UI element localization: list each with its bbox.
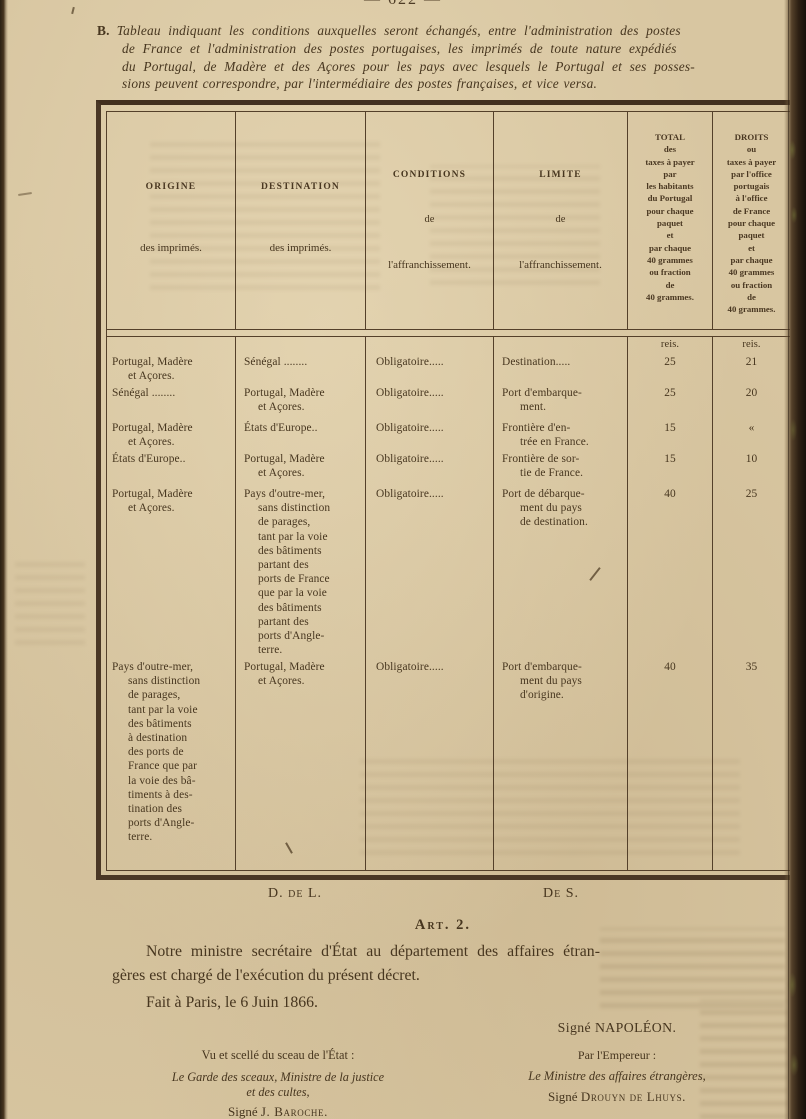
- header-line: de: [747, 291, 756, 303]
- cell-li: Frontière de sor-tie de France.: [494, 450, 628, 485]
- intro-paragraph: B.Tableau indiquant les conditions auxqu…: [97, 22, 803, 93]
- header-line: ou fraction: [731, 279, 772, 291]
- header-line: et: [748, 242, 755, 254]
- header-line: de: [425, 214, 435, 225]
- cell-or: Sénégal ........: [107, 384, 236, 419]
- header-line: de: [556, 214, 566, 225]
- document-page: — 622 — B.Tableau indiquant les conditio…: [0, 0, 806, 1119]
- intro-line: du Portugal, de Madère et des Açores pou…: [97, 58, 803, 76]
- column-header-destination: DESTINATION des imprimés.: [236, 112, 366, 329]
- header-line: par: [663, 168, 676, 180]
- cell-dr: 20: [713, 384, 790, 419]
- keeper-title: Le Garde des sceaux, Ministre de la just…: [128, 1070, 428, 1085]
- header-line: du Portugal: [648, 192, 693, 204]
- signature-block-emperor: Signé NAPOLÉON. Par l'Empereur : Le Mini…: [472, 1020, 762, 1105]
- cell-to: 40: [628, 658, 713, 870]
- cell-to: 25: [628, 353, 713, 384]
- header-line: paquet: [739, 229, 765, 241]
- header-line: taxes à payer: [727, 156, 776, 168]
- cell-de: États d'Europe..: [236, 419, 366, 450]
- cell-or: Portugal, Madèreet Açores.: [107, 485, 236, 658]
- page-edge-left: [0, 0, 8, 1119]
- header-line: taxes à payer: [645, 156, 694, 168]
- header-line: par l'office: [731, 168, 772, 180]
- header-line: par chaque: [730, 254, 772, 266]
- cell-co: Obligatoire.....: [366, 419, 494, 450]
- header-line: de France: [733, 205, 770, 217]
- header-line: pour chaque: [728, 217, 775, 229]
- by-the-emperor-line: Par l'Empereur :: [472, 1048, 762, 1063]
- cell-dr: reis.: [713, 337, 790, 353]
- cell-or: Pays d'outre-mer,sans distinctionde para…: [107, 658, 236, 870]
- cell-li: [494, 337, 628, 353]
- cell-li: Port d'embarque-ment du paysd'origine.: [494, 658, 628, 870]
- cell-co: Obligatoire.....: [366, 485, 494, 658]
- header-line: de: [666, 279, 675, 291]
- cell-li: Frontière d'en-trée en France.: [494, 419, 628, 450]
- article-dateline: Fait à Paris, le 6 Juin 1866.: [112, 991, 776, 1015]
- header-line: 40 grammes: [647, 254, 693, 266]
- header-line: l'affranchissement.: [388, 259, 471, 271]
- intro-line: B.Tableau indiquant les conditions auxqu…: [97, 22, 803, 40]
- cell-dr: 10: [713, 450, 790, 485]
- header-line: ou fraction: [649, 266, 690, 278]
- column-header-droits: DROITSoutaxes à payerpar l'officeportuga…: [713, 112, 790, 329]
- table-row: Sénégal ........Portugal, Madèreet Açore…: [107, 384, 790, 419]
- header-line: TOTAL: [655, 131, 685, 143]
- article-body: Notre ministre secrétaire d'État au dépa…: [112, 940, 776, 1015]
- cell-to: 15: [628, 419, 713, 450]
- article-heading: Art. 2.: [96, 917, 790, 934]
- cell-de: Portugal, Madèreet Açores.: [236, 658, 366, 870]
- header-line: LIMITE: [539, 170, 582, 180]
- bleedthrough-artifact: [15, 555, 85, 645]
- column-header-origine: ORIGINE des imprimés.: [107, 112, 236, 329]
- intro-line: sions peuvent correspondre, par l'interm…: [97, 75, 803, 93]
- cell-co: [366, 337, 494, 353]
- cell-or: [107, 337, 236, 353]
- cell-de: Portugal, Madèreet Açores.: [236, 450, 366, 485]
- cell-dr: 25: [713, 485, 790, 658]
- cell-de: Sénégal ........: [236, 353, 366, 384]
- initial-right: De S.: [543, 886, 579, 902]
- cell-co: Obligatoire.....: [366, 384, 494, 419]
- header-line: 40 grammes: [729, 266, 775, 278]
- header-line: 40 grammes.: [646, 291, 694, 303]
- cell-or: États d'Europe..: [107, 450, 236, 485]
- article-line: gères est chargé de l'exécution du prése…: [112, 964, 776, 988]
- header-line: 40 grammes.: [728, 303, 776, 315]
- cell-to: 25: [628, 384, 713, 419]
- column-header-conditions: CONDITIONSdel'affranchissement.: [366, 112, 494, 329]
- minister-title: Le Ministre des affaires étrangères,: [472, 1069, 762, 1084]
- header-line: des: [664, 143, 676, 155]
- initial-left: D. de L.: [268, 886, 322, 902]
- cell-dr: «: [713, 419, 790, 450]
- cell-de: [236, 337, 366, 353]
- header-line: à l'office: [736, 192, 768, 204]
- scan-mark: [18, 192, 32, 196]
- cell-dr: 21: [713, 353, 790, 384]
- header-line: par chaque: [649, 242, 691, 254]
- header-line: pour chaque: [646, 205, 693, 217]
- header-line: ou: [747, 143, 756, 155]
- signature-baroche: Signé J. Baroche.: [128, 1104, 428, 1119]
- header-line: CONDITIONS: [393, 170, 466, 180]
- column-header-limite: LIMITEdel'affranchissement.: [494, 112, 628, 329]
- header-line: l'affranchissement.: [519, 259, 602, 271]
- column-header-total: TOTALdestaxes à payerparles habitantsdu …: [628, 112, 713, 329]
- cell-to: 40: [628, 485, 713, 658]
- keeper-title: et des cultes,: [128, 1085, 428, 1100]
- cell-co: Obligatoire.....: [366, 450, 494, 485]
- header-line: et: [667, 229, 674, 241]
- cell-li: Destination.....: [494, 353, 628, 384]
- header-separator: [107, 329, 790, 337]
- cell-co: Obligatoire.....: [366, 658, 494, 870]
- cell-or: Portugal, Madèreet Açores.: [107, 353, 236, 384]
- table-row: Portugal, Madèreet Açores.États d'Europe…: [107, 419, 790, 450]
- table-header-row: ORIGINE des imprimés. DESTINATION des im…: [107, 112, 790, 329]
- unit-row: reis.reis.: [107, 337, 790, 353]
- header-line: paquet: [657, 217, 683, 229]
- cell-dr: 35: [713, 658, 790, 870]
- header-line: DROITS: [735, 131, 769, 143]
- table-row: Portugal, Madèreet Açores.Pays d'outre-m…: [107, 485, 790, 658]
- signature-napoleon: Signé NAPOLÉON.: [472, 1020, 762, 1036]
- cell-or: Portugal, Madèreet Açores.: [107, 419, 236, 450]
- table-row: Portugal, Madèreet Açores.Sénégal ......…: [107, 353, 790, 384]
- table-row: Pays d'outre-mer,sans distinctionde para…: [107, 658, 790, 870]
- spine-line: [788, 0, 789, 1119]
- table-body: reis.reis.Portugal, Madèreet Açores.Séné…: [107, 337, 790, 870]
- cell-li: Port de débarque-ment du paysde destinat…: [494, 485, 628, 658]
- header-line: les habitants: [646, 180, 693, 192]
- cell-de: Pays d'outre-mer,sans distinctionde para…: [236, 485, 366, 658]
- seal-line: Vu et scellé du sceau de l'État :: [128, 1048, 428, 1063]
- signature-block-seal: Vu et scellé du sceau de l'État : Le Gar…: [128, 1048, 428, 1119]
- cell-co: Obligatoire.....: [366, 353, 494, 384]
- cell-to: 15: [628, 450, 713, 485]
- article-line: Notre ministre secrétaire d'État au dépa…: [112, 940, 776, 964]
- conditions-table: ORIGINE des imprimés. DESTINATION des im…: [96, 100, 790, 880]
- signature-drouyn: Signé Drouyn de Lhuys.: [472, 1089, 762, 1105]
- intro-line: de France et l'administration des postes…: [97, 40, 803, 58]
- header-line: portugais: [734, 180, 770, 192]
- page-number: — 622 —: [0, 0, 806, 9]
- cell-de: Portugal, Madèreet Açores.: [236, 384, 366, 419]
- table-row: États d'Europe..Portugal, Madèreet Açore…: [107, 450, 790, 485]
- cell-li: Port d'embarque-ment.: [494, 384, 628, 419]
- paragraph-label: B.: [97, 23, 110, 38]
- cell-to: reis.: [628, 337, 713, 353]
